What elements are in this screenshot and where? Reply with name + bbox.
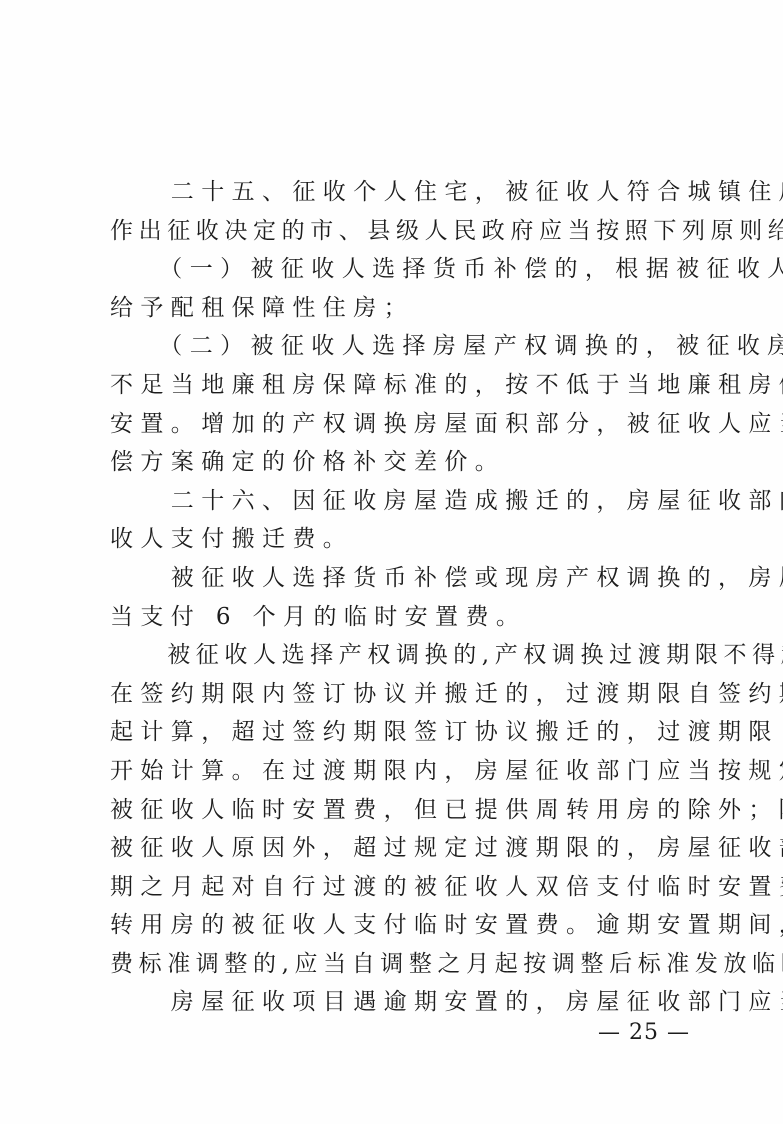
text-line: 二十六、因征收房屋造成搬迁的，房屋征收部门应当向被征 [110,482,700,521]
text-line: 开始计算。在过渡期限内，房屋征收部门应当按规定的标准支付 [110,752,700,791]
text-line: 作出征收决定的市、县级人民政府应当按照下列原则给予住房保障： [110,212,700,251]
text-line: 偿方案确定的价格补交差价。 [110,443,700,482]
text-line: 安置。增加的产权调换房屋面积部分，被征收人应当按照征收补 [110,405,700,444]
text-line: 当支付 6 个月的临时安置费。 [110,598,700,637]
text-line: 二十五、征收个人住宅，被征收人符合城镇住房保障条件的， [110,173,700,212]
page-number: — 25 — [598,1019,690,1047]
body-text: 二十五、征收个人住宅，被征收人符合城镇住房保障条件的， 作出征收决定的市、县级人… [110,173,700,1022]
text-line: 转用房的被征收人支付临时安置费。逾期安置期间，遇临时安置 [110,906,700,945]
text-line: （二）被征收人选择房屋产权调换的，被征收房屋建筑面积 [110,327,700,366]
text-line: 收人支付搬迁费。 [110,520,700,559]
text-line: 在签约期限内签订协议并搬迁的，过渡期限自签约期限结束之日 [110,675,700,714]
text-line: 费标准调整的,应当自调整之月起按调整后标准发放临时安置费。 [110,945,700,984]
text-line: 不足当地廉租房保障标准的，按不低于当地廉租房保障标准进行 [110,366,700,405]
text-line: 被征收人选择货币补偿或现房产权调换的，房屋征收部门应 [110,559,700,598]
text-line: 期之月起对自行过渡的被征收人双倍支付临时安置费，对提供周 [110,868,700,907]
text-line: 给予配租保障性住房； [110,289,700,328]
text-line: 被征收人临时安置费，但已提供周转用房的除外；除不可抗力和 [110,791,700,830]
text-line: 起计算，超过签约期限签订协议搬迁的，过渡期限自搬迁之日起 [110,713,700,752]
text-line: 房屋征收项目遇逾期安置的，房屋征收部门应当向作出房屋 [110,983,700,1022]
document-page: 二十五、征收个人住宅，被征收人符合城镇住房保障条件的， 作出征收决定的市、县级人… [0,0,783,1124]
text-line: 被征收人选择产权调换的,产权调换过渡期限不得超过 3 年， [110,636,700,675]
text-line: （一）被征收人选择货币补偿的，根据被征收人的申请优先 [110,250,700,289]
text-line: 被征收人原因外，超过规定过渡期限的，房屋征收部门应当从逾 [110,829,700,868]
